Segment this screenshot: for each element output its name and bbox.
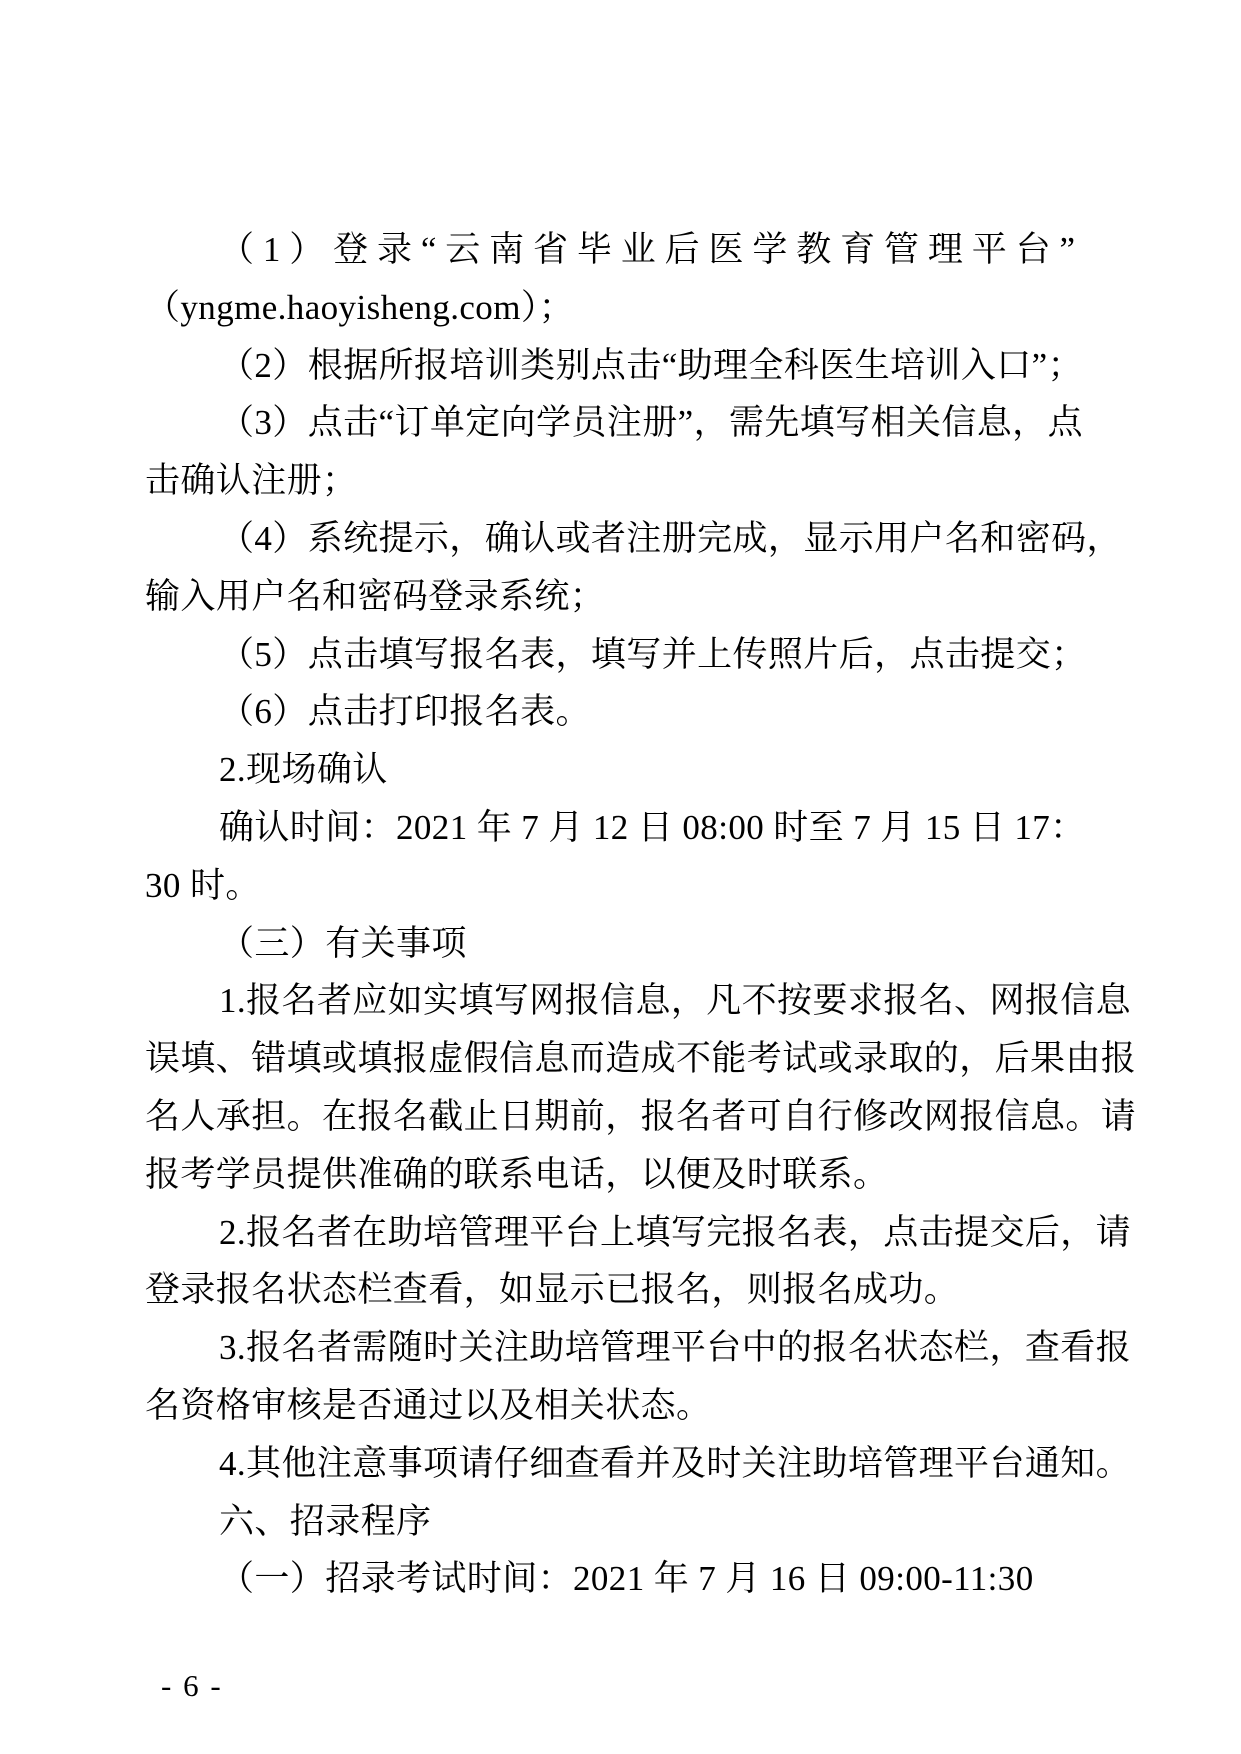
doc-line: 名人承担。在报名截止日期前，报名者可自行修改网报信息。请 <box>145 1088 1110 1146</box>
doc-line: （三）有关事项 <box>145 915 1110 973</box>
doc-line: （4）系统提示，确认或者注册完成，显示用户名和密码， <box>145 510 1110 568</box>
doc-line: 4.其他注意事项请仔细查看并及时关注助培管理平台通知。 <box>145 1435 1110 1493</box>
doc-line: （6）点击打印报名表。 <box>145 683 1110 741</box>
doc-line: （一）招录考试时间：2021 年 7 月 16 日 09:00-11:30 <box>145 1550 1110 1608</box>
doc-line: 击确认注册； <box>145 452 1110 510</box>
doc-line: 名资格审核是否通过以及相关状态。 <box>145 1377 1110 1435</box>
doc-line: （5）点击填写报名表，填写并上传照片后，点击提交； <box>145 626 1110 684</box>
doc-line: 3.报名者需随时关注助培管理平台中的报名状态栏，查看报 <box>145 1319 1110 1377</box>
doc-line: （1）登录“云南省毕业后医学教育管理平台” <box>145 221 1077 279</box>
doc-line: 2.现场确认 <box>145 741 1110 799</box>
page-number: - 6 - <box>161 1668 223 1704</box>
doc-line: 2.报名者在助培管理平台上填写完报名表，点击提交后，请 <box>145 1204 1110 1262</box>
doc-line: 报考学员提供准确的联系电话，以便及时联系。 <box>145 1146 1110 1204</box>
doc-line: 登录报名状态栏查看，如显示已报名，则报名成功。 <box>145 1261 1110 1319</box>
doc-line: （3）点击“订单定向学员注册”，需先填写相关信息，点 <box>145 394 1110 452</box>
doc-line: （2）根据所报培训类别点击“助理全科医生培训入口”； <box>145 337 1110 395</box>
doc-line: 1.报名者应如实填写网报信息，凡不按要求报名、网报信息 <box>145 972 1110 1030</box>
doc-line: （yngme.haoyisheng.com）； <box>145 279 1110 337</box>
doc-line: 误填、错填或填报虚假信息而造成不能考试或录取的，后果由报 <box>145 1030 1110 1088</box>
doc-line: 30 时。 <box>145 857 1110 915</box>
document-page: （1）登录“云南省毕业后医学教育管理平台” （yngme.haoyisheng.… <box>0 0 1241 1754</box>
doc-line: 确认时间：2021 年 7 月 12 日 08:00 时至 7 月 15 日 1… <box>145 799 1110 857</box>
document-body: （1）登录“云南省毕业后医学教育管理平台” （yngme.haoyisheng.… <box>145 221 1110 1608</box>
doc-line: 输入用户名和密码登录系统； <box>145 568 1110 626</box>
doc-line: 六、招录程序 <box>145 1493 1110 1551</box>
